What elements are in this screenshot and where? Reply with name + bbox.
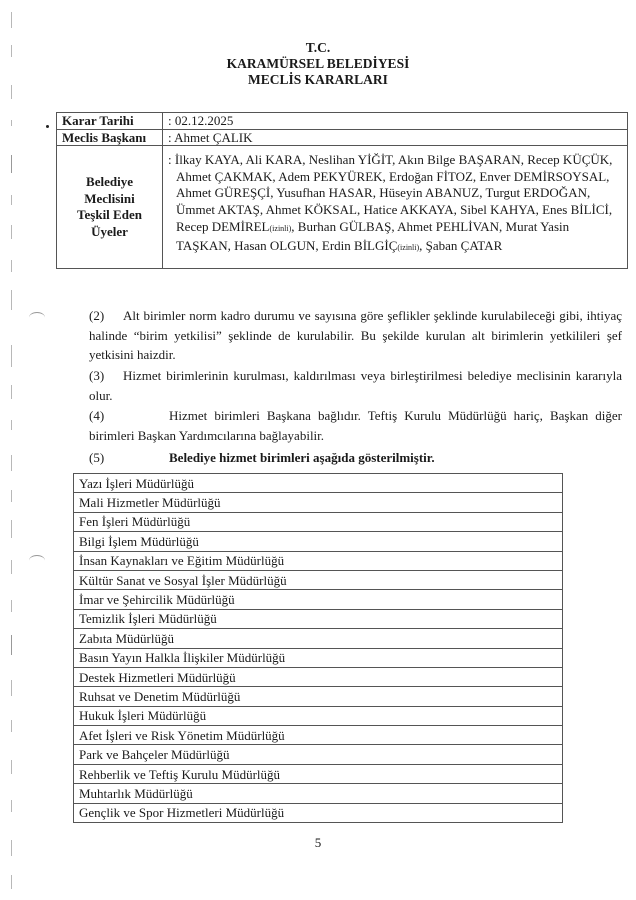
table-row: Fen İşleri Müdürlüğü [74,512,563,531]
table-row: Kültür Sanat ve Sosyal İşler Müdürlüğü [74,570,563,589]
table-row: Gençlik ve Spor Hizmetleri Müdürlüğü [74,803,563,822]
bullet-mark [46,125,49,128]
service-unit-name: Afet İşleri ve Risk Yönetim Müdürlüğü [74,726,563,745]
table-row: Mali Hizmetler Müdürlüğü [74,493,563,512]
table-row: Ruhsat ve Denetim Müdürlüğü [74,687,563,706]
table-row: Bilgi İşlem Müdürlüğü [74,532,563,551]
table-row: Basın Yayın Halkla İlişkiler Müdürlüğü [74,648,563,667]
table-row: Temizlik İşleri Müdürlüğü [74,609,563,628]
paragraph-text: Alt birimler norm kadro durumu ve sayısı… [89,308,622,362]
paragraph-number: (4) [89,406,169,426]
decision-meta-table: Karar Tarihi : 02.12.2025 Meclis Başkanı… [56,112,628,269]
members-label-line: Belediye [62,174,157,191]
members-label-line: Üyeler [62,224,157,241]
service-unit-name: Ruhsat ve Denetim Müdürlüğü [74,687,563,706]
paragraph-number: (2) [89,306,123,326]
paragraph-text: Hizmet birimleri Başkana bağlıdır. Tefti… [89,408,622,443]
table-row: Rehberlik ve Teftiş Kurulu Müdürlüğü [74,764,563,783]
service-unit-name: Yazı İşleri Müdürlüğü [74,474,563,493]
service-unit-name: İmar ve Şehircilik Müdürlüğü [74,590,563,609]
table-row: Zabıta Müdürlüğü [74,629,563,648]
service-units-table: Yazı İşleri MüdürlüğüMali Hizmetler Müdü… [73,473,563,823]
service-unit-name: Park ve Bahçeler Müdürlüğü [74,745,563,764]
members-label: Belediye Meclisini Teşkil Eden Üyeler [57,146,163,269]
service-unit-name: Destek Hizmetleri Müdürlüğü [74,667,563,686]
service-unit-name: Temizlik İşleri Müdürlüğü [74,609,563,628]
header-line-council-decisions: MECLİS KARARLARI [0,72,636,88]
paragraph-text: Belediye hizmet birimleri aşağıda göster… [169,450,435,465]
paragraph-number: (3) [89,366,123,386]
service-unit-name: Muhtarlık Müdürlüğü [74,784,563,803]
decision-date-label: Karar Tarihi [57,113,163,130]
service-unit-name: Gençlik ve Spor Hizmetleri Müdürlüğü [74,803,563,822]
paragraph-2: (2)Alt birimler norm kadro durumu ve say… [89,306,622,365]
on-leave-note: (izinli) [397,243,419,252]
service-unit-name: Rehberlik ve Teftiş Kurulu Müdürlüğü [74,764,563,783]
members-label-line: Teşkil Eden [62,207,157,224]
service-unit-name: Fen İşleri Müdürlüğü [74,512,563,531]
service-unit-name: Hukuk İşleri Müdürlüğü [74,706,563,725]
header-line-tc: T.C. [0,40,636,56]
document-header: T.C. KARAMÜRSEL BELEDİYESİ MECLİS KARARL… [0,40,636,88]
paragraph-3: (3)Hizmet birimlerinin kurulması, kaldır… [89,366,622,405]
members-label-line: Meclisini [62,191,157,208]
table-row: Destek Hizmetleri Müdürlüğü [74,667,563,686]
decision-date-row: Karar Tarihi : 02.12.2025 [57,113,628,130]
chair-row: Meclis Başkanı : Ahmet ÇALIK [57,129,628,146]
header-line-municipality: KARAMÜRSEL BELEDİYESİ [0,56,636,72]
decision-date-value: : 02.12.2025 [163,113,628,130]
paragraph-4: (4)Hizmet birimleri Başkana bağlıdır. Te… [89,406,622,445]
member-names: , Şaban ÇATAR [419,238,502,253]
table-row: Muhtarlık Müdürlüğü [74,784,563,803]
service-unit-name: İnsan Kaynakları ve Eğitim Müdürlüğü [74,551,563,570]
members-prefix: : [168,152,175,167]
paragraph-5: (5)Belediye hizmet birimleri aşağıda gös… [89,448,622,468]
paragraph-text: Hizmet birimlerinin kurulması, kaldırılm… [89,368,622,403]
service-unit-name: Zabıta Müdürlüğü [74,629,563,648]
service-unit-name: Kültür Sanat ve Sosyal İşler Müdürlüğü [74,570,563,589]
table-row: İnsan Kaynakları ve Eğitim Müdürlüğü [74,551,563,570]
chair-value: : Ahmet ÇALIK [163,129,628,146]
members-list: : İlkay KAYA, Ali KARA, Neslihan YİĞİT, … [168,152,622,256]
service-unit-name: Mali Hizmetler Müdürlüğü [74,493,563,512]
chair-label: Meclis Başkanı [57,129,163,146]
members-row: Belediye Meclisini Teşkil Eden Üyeler : … [57,146,628,269]
service-unit-name: Basın Yayın Halkla İlişkiler Müdürlüğü [74,648,563,667]
service-unit-name: Bilgi İşlem Müdürlüğü [74,532,563,551]
paragraph-number: (5) [89,448,169,468]
on-leave-note: (izinli) [270,224,292,233]
page-number: 5 [0,835,636,851]
table-row: Afet İşleri ve Risk Yönetim Müdürlüğü [74,726,563,745]
scan-margin-artifacts [0,0,40,900]
table-row: Yazı İşleri Müdürlüğü [74,474,563,493]
table-row: İmar ve Şehircilik Müdürlüğü [74,590,563,609]
members-value: : İlkay KAYA, Ali KARA, Neslihan YİĞİT, … [163,146,628,269]
table-row: Park ve Bahçeler Müdürlüğü [74,745,563,764]
table-row: Hukuk İşleri Müdürlüğü [74,706,563,725]
